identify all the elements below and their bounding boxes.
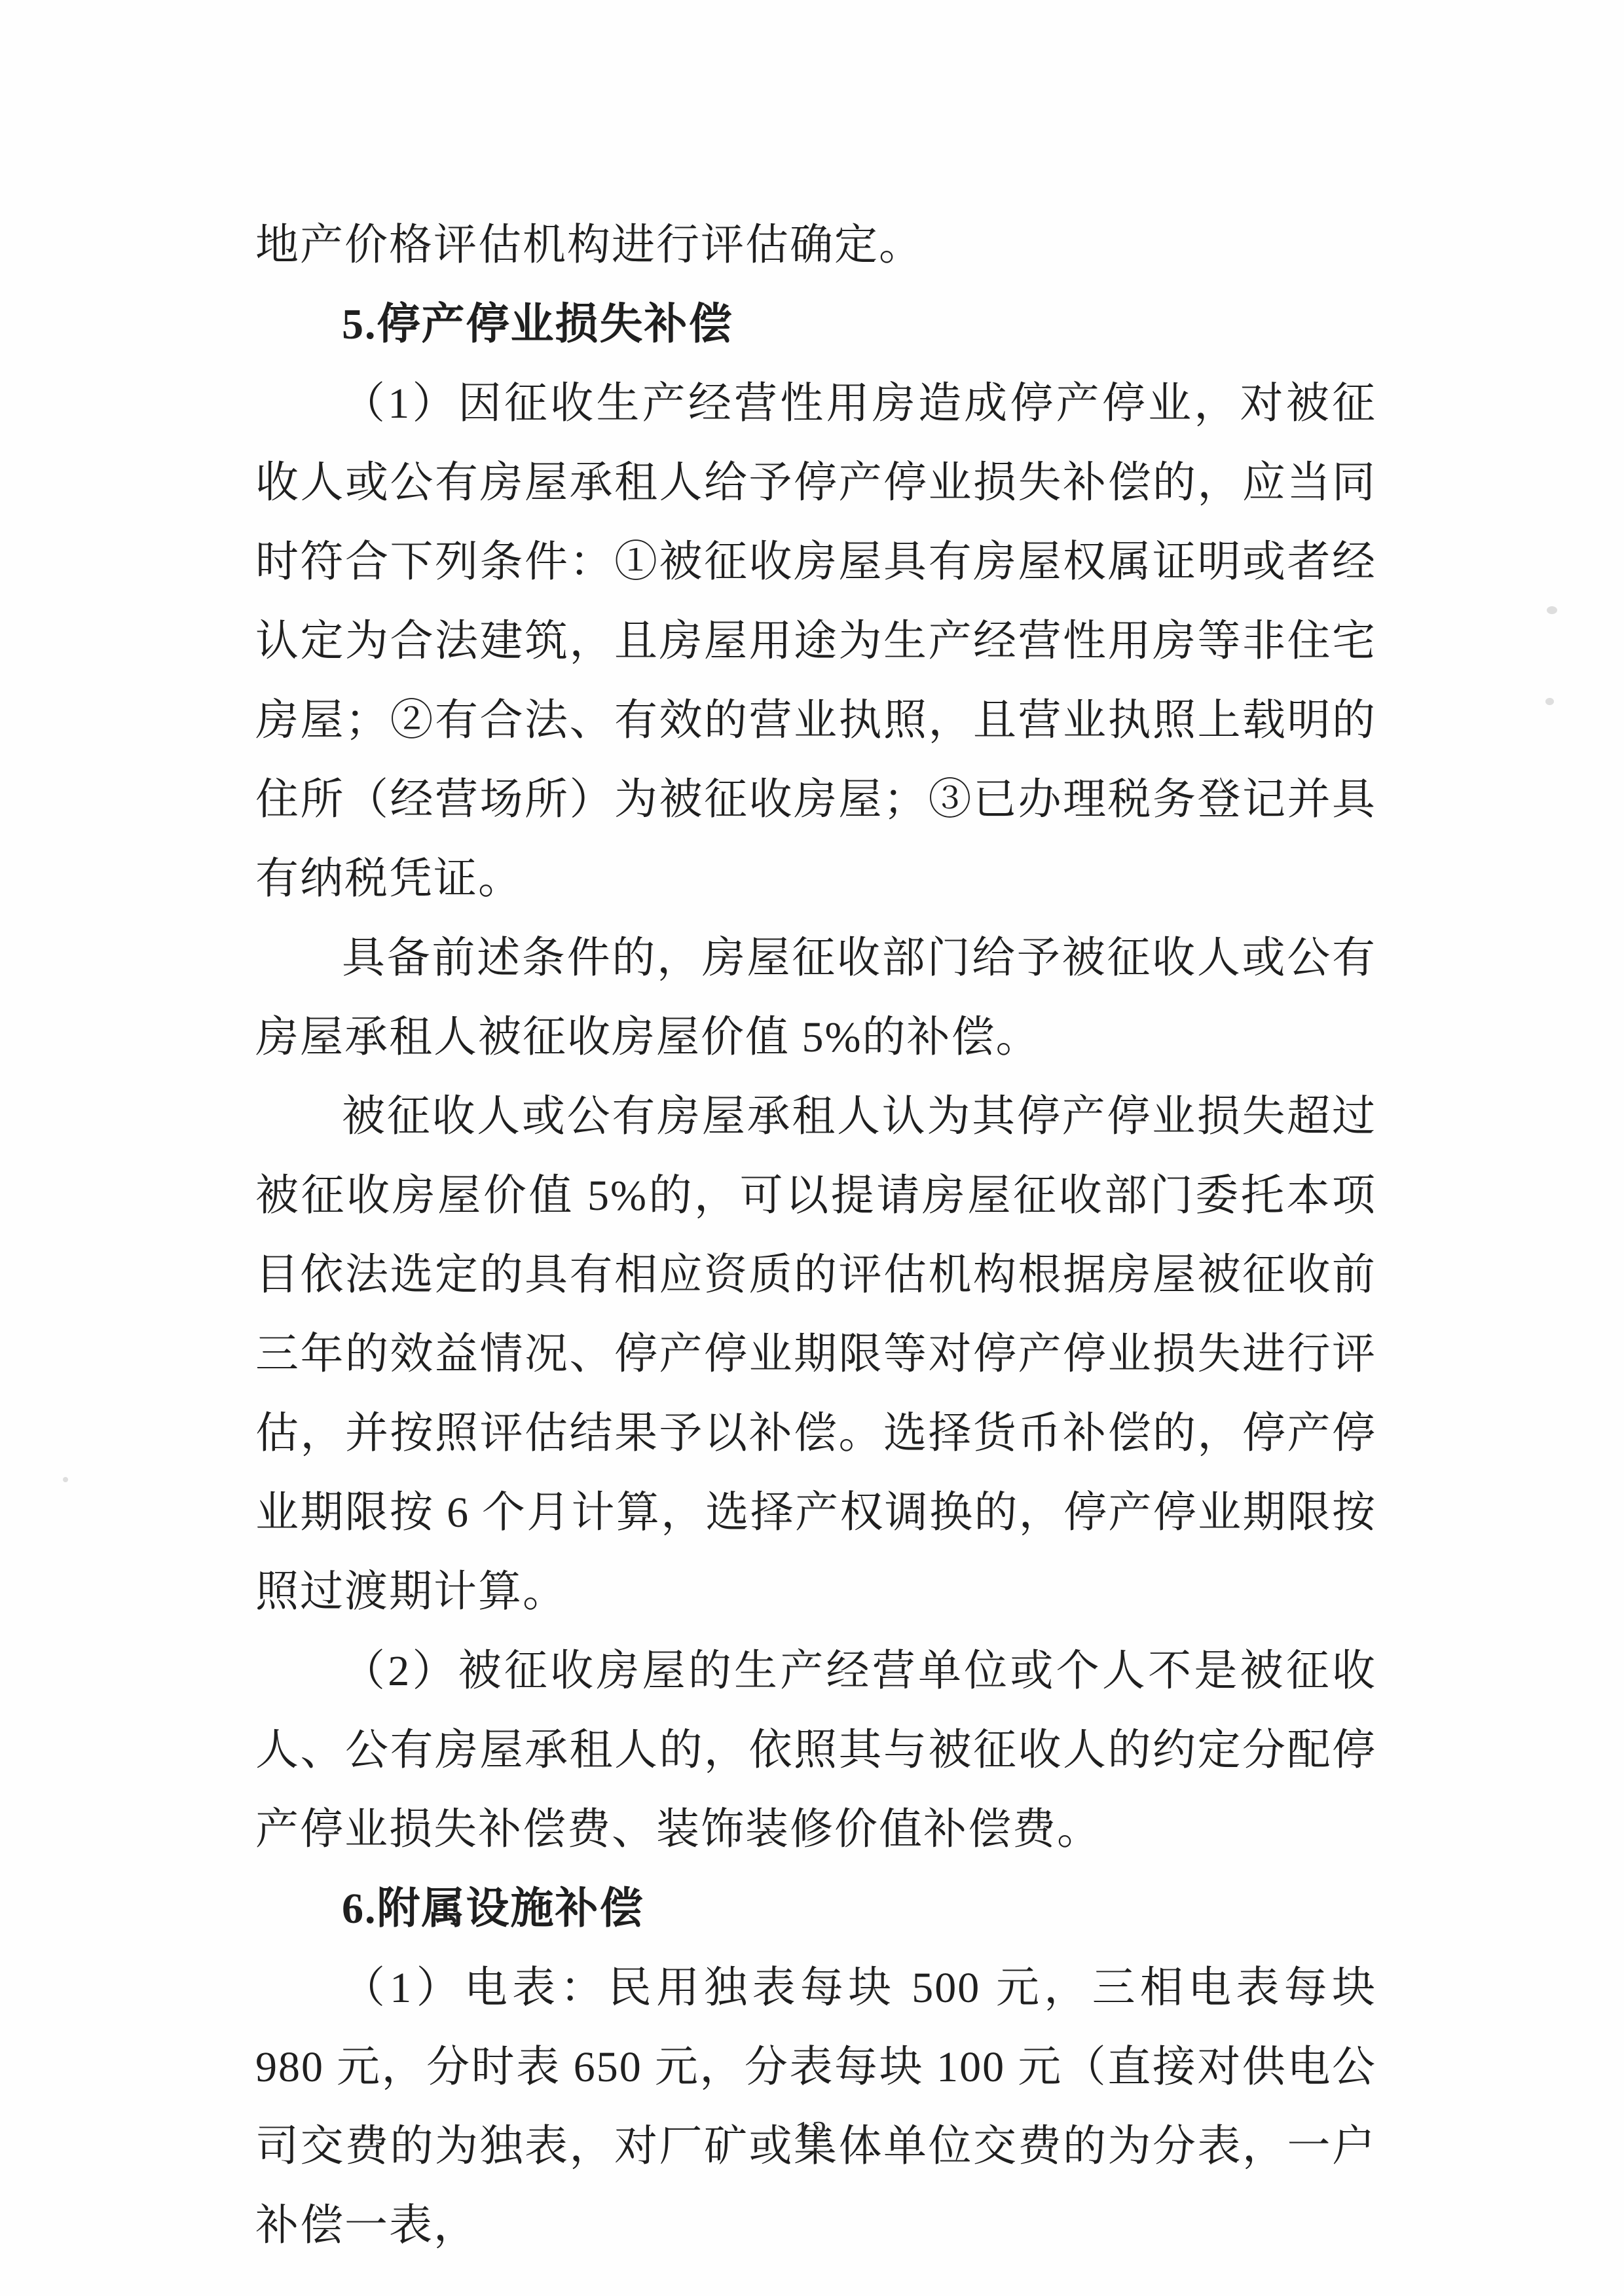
paragraph-6-1: （1）电表：民用独表每块 500 元，三相电表每块 980 元，分时表 650 … <box>255 1948 1376 2265</box>
section-heading-5: 5.停产停业损失补偿 <box>255 285 1376 364</box>
section-heading-6: 6.附属设施补偿 <box>255 1869 1376 1948</box>
paragraph-5-2: （2）被征收房屋的生产经营单位或个人不是被征收人、公有房屋承租人的，依照其与被征… <box>255 1631 1376 1869</box>
paragraph-5-conditions-met: 具备前述条件的，房屋征收部门给予被征收人或公有房屋承租人被征收房屋价值 5%的补… <box>255 919 1376 1077</box>
document-text-block: 地产价格评估机构进行评估确定。 5.停产停业损失补偿 （1）因征收生产经营性用房… <box>255 206 1376 2265</box>
page-number: 12 <box>0 2112 1624 2151</box>
paragraph-continuation: 地产价格评估机构进行评估确定。 <box>255 206 1376 285</box>
paragraph-5-excess-loss: 被征收人或公有房屋承租人认为其停产停业损失超过被征收房屋价值 5%的，可以提请房… <box>255 1077 1376 1631</box>
paragraph-5-1: （1）因征收生产经营性用房造成停产停业，对被征收人或公有房屋承租人给予停产停业损… <box>255 364 1376 919</box>
scan-artifact <box>1547 606 1557 614</box>
document-page: 地产价格评估机构进行评估确定。 5.停产停业损失补偿 （1）因征收生产经营性用房… <box>0 0 1624 2296</box>
scan-artifact <box>63 1477 68 1482</box>
scan-artifact <box>1545 698 1554 705</box>
